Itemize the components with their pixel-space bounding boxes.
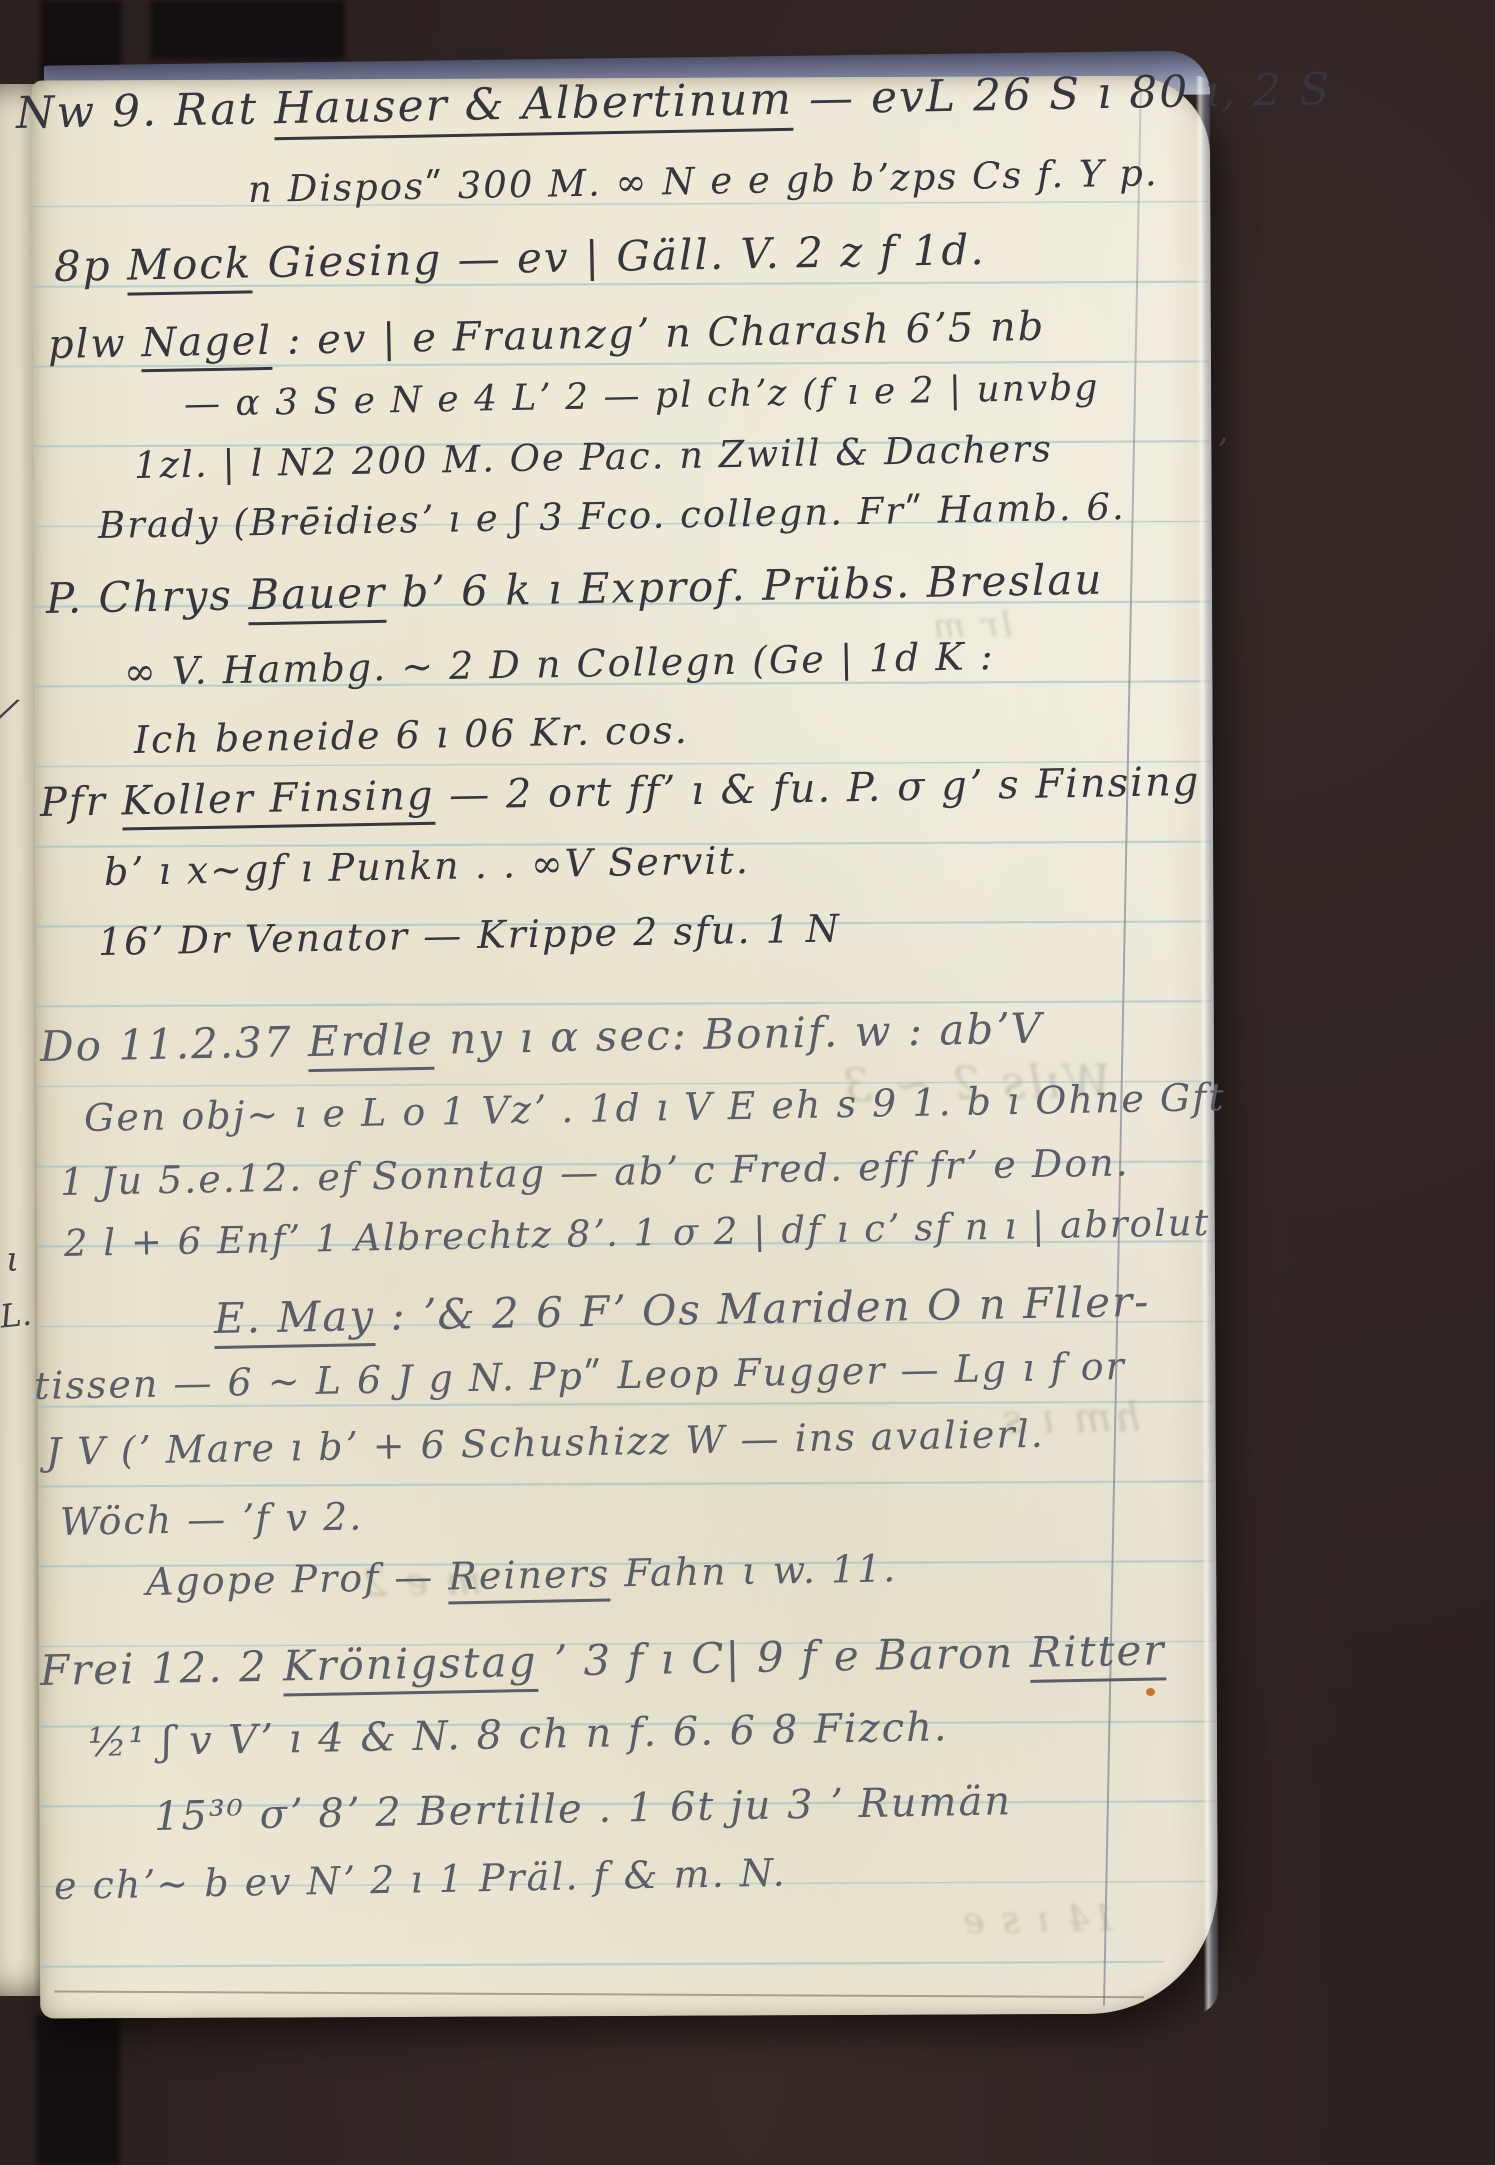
orange-ink-dot: [1146, 1688, 1155, 1696]
photo-canvas: Wıls 2 ~ 3lr mhm ı s14 ı s em e 2 Nw 9. …: [0, 0, 1495, 2165]
stray-ink-mark: L.: [0, 1294, 33, 1335]
stray-ink-mark: ι: [6, 1240, 19, 1280]
stray-ink-mark: ʼ: [1216, 432, 1227, 472]
stray-marks-layer: ⁄ιL.ʼ: [0, 0, 1495, 2165]
stray-ink-mark: ⁄: [0, 690, 10, 739]
